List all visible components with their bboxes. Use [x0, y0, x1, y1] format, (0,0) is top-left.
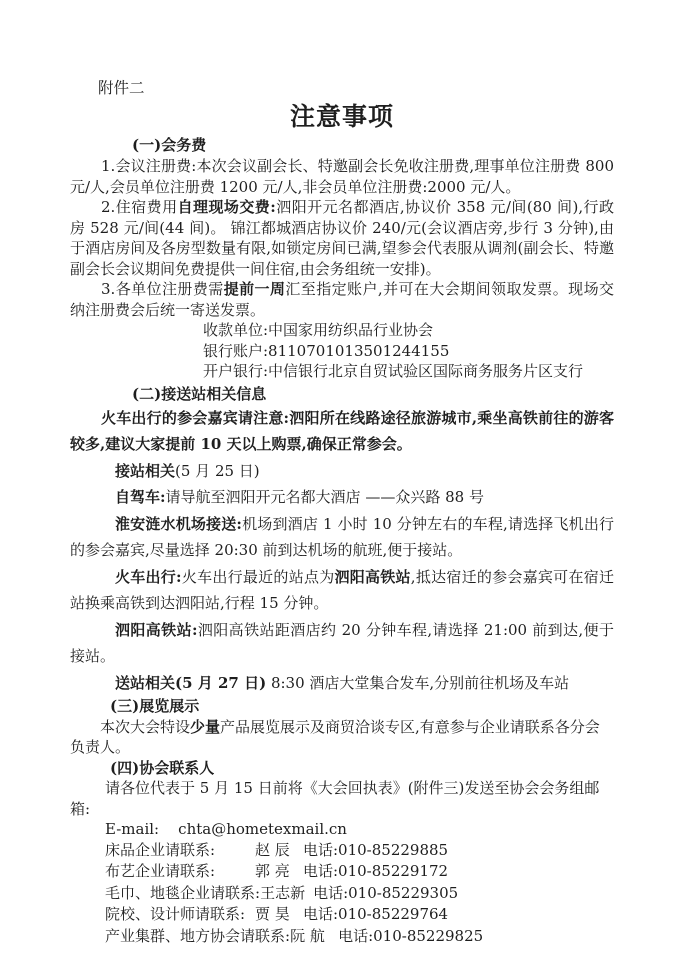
- text-run: 请导航至泗阳开元名都大酒店 ——众兴路 88 号: [166, 488, 484, 506]
- contact-row-bedding: 床品企业请联系:赵 辰电话:010-85229885: [70, 840, 614, 862]
- contact-row-clusters: 产业集群、地方协会请联系:阮 航电话:010-85229825: [70, 926, 614, 948]
- contact-row-design: 院校、设计师请联系:贾 昊电话:010-85229764: [70, 904, 614, 926]
- contact-row-towel-carpet: 毛巾、地毯企业请联系:王志新电话:010-85229305: [70, 883, 614, 905]
- bold-text-run: 泗阳高铁站: [334, 568, 410, 586]
- bank-info-line: 银行账户:8110701013501244155: [203, 341, 614, 362]
- heading-conference-fees: (一)会务费: [70, 134, 614, 156]
- bold-text-run: 送站相关(5 月 27 日): [115, 674, 266, 692]
- contact-row-fabric: 布艺企业请联系:郭 亮电话:010-85229172: [70, 861, 614, 883]
- document-page: 附件二 注意事项 (一)会务费1.会议注册费:本次会议副会长、特邀副会长免收注册…: [0, 0, 680, 961]
- heading-exhibition: (三)展览展示: [70, 696, 614, 717]
- para-email: E-mail: chta@hometexmail.cn: [70, 819, 614, 840]
- text-run: 3.各单位注册费需: [101, 280, 224, 298]
- text-run: E-mail: chta@hometexmail.cn: [105, 820, 347, 838]
- attachment-label: 附件二: [70, 78, 614, 98]
- para-self-drive: 自驾车:请导航至泗阳开元名都大酒店 ——众兴路 88 号: [70, 484, 614, 511]
- text-run: 火车出行最近的站点为: [182, 568, 335, 586]
- contact-name: 阮 航: [290, 926, 330, 948]
- contact-label: 床品企业请联系:: [105, 840, 255, 862]
- bold-text-run: (四)协会联系人: [110, 759, 214, 777]
- document-title: 注意事项: [70, 102, 614, 132]
- contact-phone: 电话:010-85229172: [303, 861, 448, 883]
- bold-text-run: 泗阳高铁站:: [115, 621, 198, 639]
- para-airport-shuttle: 淮安涟水机场接送:机场到酒店 1 小时 10 分钟左右的车程,请选择飞机出行的参…: [70, 511, 614, 564]
- para-train-notice: 火车出行的参会嘉宾请注意:泗阳所在线路途径旅游城市,乘坐高铁前往的游客较多,建议…: [70, 405, 614, 458]
- para-accommodation: 2.住宿费用自理现场交费:泗阳开元名都酒店,协议价 358 元/间(80 间),…: [70, 197, 614, 279]
- para-registration-fees: 1.会议注册费:本次会议副会长、特邀副会长免收注册费,理事单位注册费 800 元…: [70, 156, 614, 197]
- contact-name: 贾 昊: [255, 904, 295, 926]
- contact-label: 院校、设计师请联系:: [105, 904, 255, 926]
- text-run: (5 月 25 日): [175, 462, 260, 480]
- para-remittance: 3.各单位注册费需提前一周汇至指定账户,并可在大会期间领取发票。现场交纳注册费会…: [70, 279, 614, 320]
- heading-shuttle-info: (二)接送站相关信息: [70, 383, 614, 405]
- bank-info: 收款单位:中国家用纺织品行业协会银行账户:8110701013501244155…: [70, 320, 614, 382]
- text-run: 8:30 酒店大堂集合发车,分别前往机场及车站: [266, 674, 569, 692]
- contact-phone: 电话:010-85229885: [303, 840, 448, 862]
- document-body: (一)会务费1.会议注册费:本次会议副会长、特邀副会长免收注册费,理事单位注册费…: [70, 134, 614, 947]
- contact-label: 布艺企业请联系:: [105, 861, 255, 883]
- contact-name: 郭 亮: [255, 861, 295, 883]
- bank-info-line: 收款单位:中国家用纺织品行业协会: [203, 320, 614, 341]
- para-train-travel: 火车出行:火车出行最近的站点为泗阳高铁站,抵达宿迁的参会嘉宾可在宿迁站换乘高铁到…: [70, 564, 614, 617]
- para-reply-form: 请各位代表于 5 月 15 日前将《大会回执表》(附件三)发送至协会会务组邮箱:: [70, 778, 614, 819]
- contact-name: 赵 辰: [255, 840, 295, 862]
- heading-contacts: (四)协会联系人: [70, 758, 614, 779]
- contact-phone: 电话:010-85229825: [338, 926, 483, 948]
- bold-text-run: 提前一周: [224, 280, 286, 298]
- contact-label: 毛巾、地毯企业请联系:: [105, 883, 260, 905]
- bold-text-run: 接站相关: [115, 462, 175, 480]
- text-run: 1.会议注册费:本次会议副会长、特邀副会长免收注册费,理事单位注册费 800 元…: [70, 157, 614, 196]
- bold-text-run: (一)会务费: [132, 136, 206, 154]
- bold-text-run: 淮安涟水机场接送:: [115, 515, 242, 533]
- text-run: 本次大会特设: [100, 718, 190, 736]
- contact-phone: 电话:010-85229305: [313, 883, 458, 905]
- para-pickup-date: 接站相关(5 月 25 日): [70, 458, 614, 485]
- bold-text-run: 自驾车:: [115, 488, 166, 506]
- bank-info-line: 开户银行:中信银行北京自贸试验区国际商务服务片区支行: [203, 361, 614, 382]
- bold-text-run: (三)展览展示: [110, 697, 199, 715]
- para-siyang-station: 泗阳高铁站:泗阳高铁站距酒店约 20 分钟车程,请选择 21:00 前到达,便于…: [70, 617, 614, 670]
- bold-text-run: 火车出行:: [115, 568, 182, 586]
- text-run: 请各位代表于 5 月 15 日前将《大会回执表》(附件三)发送至协会会务组邮箱:: [70, 779, 599, 818]
- para-dropoff: 送站相关(5 月 27 日) 8:30 酒店大堂集合发车,分别前往机场及车站: [70, 670, 614, 697]
- contact-label: 产业集群、地方协会请联系:: [105, 926, 290, 948]
- contact-name: 王志新: [260, 883, 305, 905]
- contact-phone: 电话:010-85229764: [303, 904, 448, 926]
- bold-text-run: 少量: [190, 718, 220, 736]
- bold-text-run: (二)接送站相关信息: [132, 385, 266, 403]
- bold-text-run: 自理现场交费:: [178, 198, 276, 216]
- para-exhibition: 本次大会特设少量产品展览展示及商贸洽谈专区,有意参与企业请联系各分会负责人。: [70, 717, 614, 758]
- text-run: 2.住宿费用: [101, 198, 178, 216]
- bold-text-run: 火车出行的参会嘉宾请注意:泗阳所在线路途径旅游城市,乘坐高铁前往的游客较多,建议…: [70, 409, 614, 454]
